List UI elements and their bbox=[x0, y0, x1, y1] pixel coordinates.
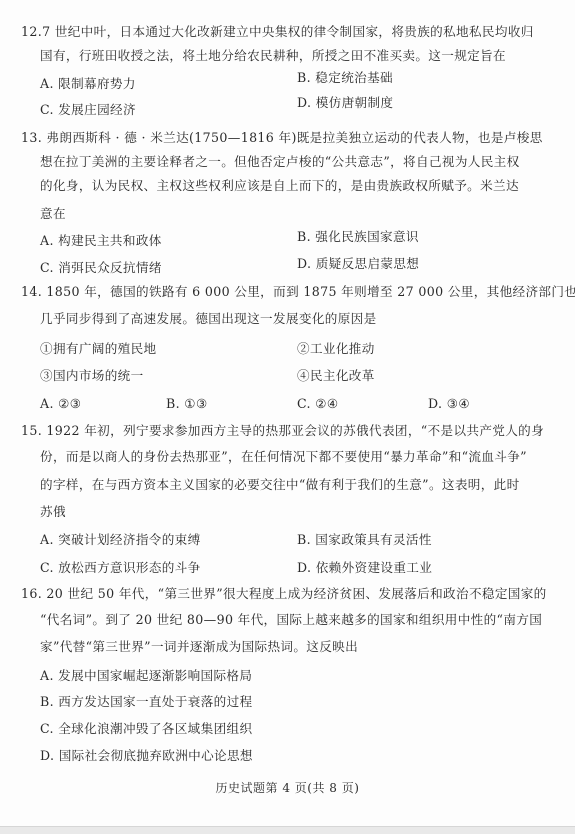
question-15-option-c: C. 放松西方意识形态的斗争 bbox=[40, 560, 201, 576]
question-16-option-a: A. 发展中国家崛起逐渐影响国际格局 bbox=[40, 668, 252, 684]
question-13-line-3: 的化身，认为民权、主权这些权利应该是自上而下的，是由贵族政权所赋予。米兰达 bbox=[40, 178, 519, 194]
question-14-option-c: C. ②④ bbox=[297, 396, 339, 412]
question-16-line-3: 家”代替“第三世界”一词并逐渐成为国际热词。这反映出 bbox=[40, 639, 358, 655]
question-16-option-b: B. 西方发达国家一直处于衰落的过程 bbox=[40, 694, 252, 710]
question-14-line-2: 几乎同步得到了高速发展。德国出现这一发展变化的原因是 bbox=[40, 311, 377, 327]
question-14-option-b: B. ①③ bbox=[166, 396, 208, 412]
question-16-option-d: D. 国际社会彻底抛弃欧洲中心论思想 bbox=[40, 748, 253, 764]
question-15-line-2: 份，而是以商人的身份去热那亚”，在任何情况下都不要使用“暴力革命”和“流血斗争” bbox=[40, 449, 527, 465]
question-15-line-3: 的字样，在与西方资本主义国家的必要交往中“做有利于我们的生意”。这表明，此时 bbox=[40, 477, 520, 493]
question-13-option-c: C. 消弭民众反抗情绪 bbox=[40, 260, 162, 276]
question-14-item-1: ①拥有广阔的殖民地 bbox=[40, 341, 157, 357]
question-16-line-1: 16. 20 世纪 50 年代，“第三世界”很大程度上成为经济贫困、发展落后和政… bbox=[21, 586, 547, 602]
question-14-item-4: ④民主化改革 bbox=[297, 368, 375, 384]
question-15-line-4: 苏俄 bbox=[40, 504, 66, 520]
question-13-line-4: 意在 bbox=[40, 206, 66, 222]
question-15-option-d: D. 依赖外资建设重工业 bbox=[297, 560, 432, 576]
question-16-line-2: “代名词”。到了 20 世纪 80—90 年代，国际上越来越多的国家和组织用中性… bbox=[40, 612, 542, 628]
page-footer: 历史试题第 4 页(共 8 页) bbox=[0, 779, 575, 796]
question-12-option-a: A. 限制幕府势力 bbox=[40, 76, 136, 92]
question-14-option-d: D. ③④ bbox=[428, 396, 470, 412]
question-15-option-a: A. 突破计划经济指令的束缚 bbox=[40, 532, 201, 548]
question-14-item-3: ③国内市场的统一 bbox=[40, 368, 144, 384]
question-12-option-c: C. 发展庄园经济 bbox=[40, 102, 136, 118]
question-13-line-1: 13. 弗朗西斯科 · 德 · 米兰达(1750—1816 年)既是拉美独立运动… bbox=[21, 130, 543, 146]
exam-page: 12.7 世纪中叶，日本通过大化改新建立中央集权的律令制国家，将贵族的私地私民均… bbox=[0, 0, 575, 826]
viewer-bottom-bar bbox=[0, 826, 575, 834]
question-13-option-d: D. 质疑反思启蒙思想 bbox=[297, 256, 419, 272]
question-16-option-c: C. 全球化浪潮冲毁了各区域集团组织 bbox=[40, 721, 252, 737]
question-12-line-2: 国有，行班田收授之法，将土地分给农民耕种，所授之田不准买卖。这一规定旨在 bbox=[40, 48, 506, 64]
question-15-option-b: B. 国家政策具有灵活性 bbox=[297, 532, 432, 548]
question-12-option-d: D. 模仿唐朝制度 bbox=[297, 95, 393, 111]
question-13-option-b: B. 强化民族国家意识 bbox=[297, 229, 419, 245]
question-13-option-a: A. 构建民主共和政体 bbox=[40, 233, 162, 249]
question-12-line-1: 12.7 世纪中叶，日本通过大化改新建立中央集权的律令制国家，将贵族的私地私民均… bbox=[21, 24, 534, 40]
question-13-line-2: 想在拉丁美洲的主要诠释者之一。但他否定卢梭的“公共意志”，将自己视为人民主权 bbox=[40, 154, 520, 170]
question-14-item-2: ②工业化推动 bbox=[297, 341, 375, 357]
question-15-line-1: 15. 1922 年初，列宁要求参加西方主导的热那亚会议的苏俄代表团，“不是以共… bbox=[21, 423, 544, 439]
question-12-option-b: B. 稳定统治基础 bbox=[297, 70, 393, 86]
question-14-option-a: A. ②③ bbox=[40, 396, 81, 412]
question-14-line-1: 14. 1850 年，德国的铁路有 6 000 公里，而到 1875 年则增至 … bbox=[21, 284, 575, 300]
